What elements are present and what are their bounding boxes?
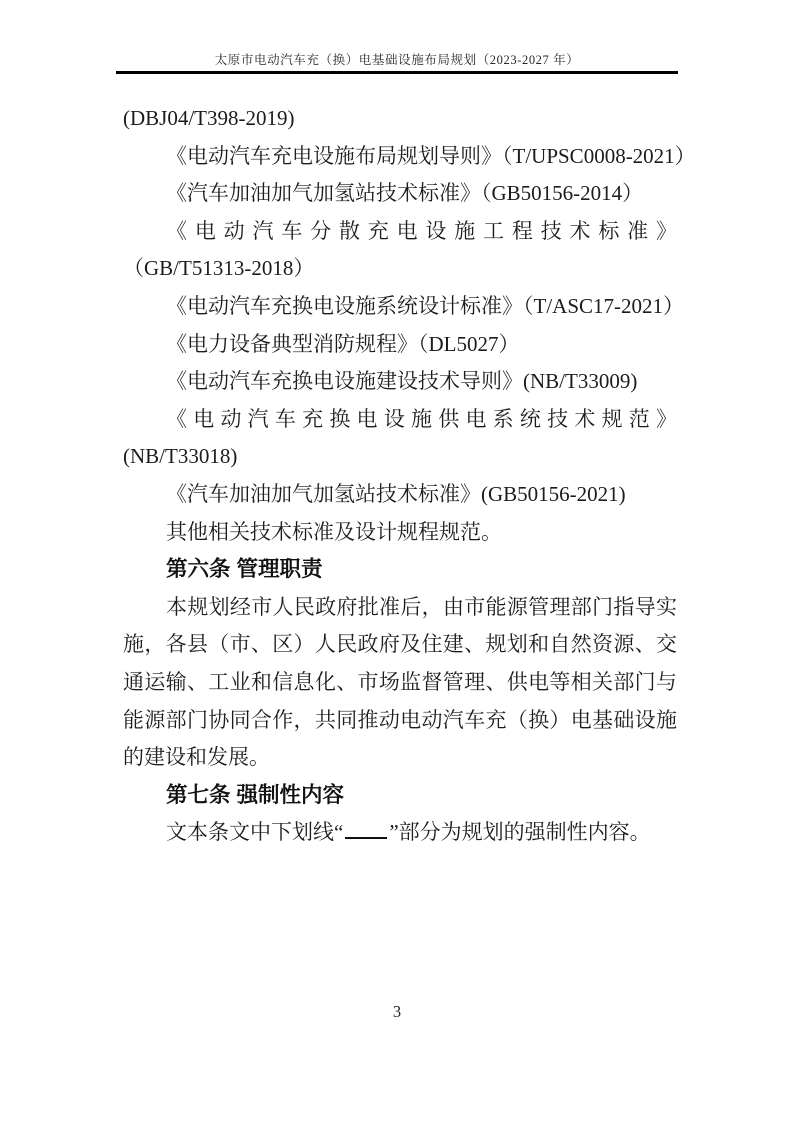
standard-reference-line: 《电动汽车充电设施布局规划导则》（T/UPSC0008-2021） [123, 138, 677, 176]
standard-reference-line: (NB/T33018) [123, 438, 677, 476]
paragraph-line: 通运输、工业和信息化、市场监督管理、供电等相关部门与 [123, 664, 677, 702]
standard-reference-line: 《电动汽车充换电设施供电系统技术规范》 [123, 401, 677, 439]
article-7-heading: 第七条 强制性内容 [123, 777, 677, 815]
mandatory-content-line: 文本条文中下划线“”部分为规划的强制性内容。 [123, 814, 677, 852]
underline-blank [345, 835, 387, 839]
paragraph-line: 本规划经市人民政府批准后，由市能源管理部门指导实 [123, 589, 677, 627]
standard-reference-line: 《汽车加油加气加氢站技术标准》(GB50156-2021) [123, 476, 677, 514]
mandatory-line-prefix: 文本条文中下划线“ [166, 820, 343, 844]
mandatory-line-suffix: ”部分为规划的强制性内容。 [389, 820, 650, 844]
standard-reference-line: 《汽车加油加气加氢站技术标准》（GB50156-2014） [123, 175, 677, 213]
standard-reference-line: (DBJ04/T398-2019) [123, 100, 677, 138]
header-rule [116, 71, 678, 74]
other-standards-line: 其他相关技术标准及设计规程规范。 [123, 514, 677, 552]
paragraph-line: 的建设和发展。 [123, 739, 677, 777]
paragraph-line: 能源部门协同合作，共同推动电动汽车充（换）电基础设施 [123, 702, 677, 740]
standard-reference-line: 《电力设备典型消防规程》（DL5027） [123, 326, 677, 364]
page-number: 3 [0, 1002, 794, 1022]
standard-reference-line: （GB/T51313-2018） [123, 250, 677, 288]
page-header-title: 太原市电动汽车充（换）电基础设施布局规划（2023-2027 年） [117, 50, 677, 68]
document-body: (DBJ04/T398-2019) 《电动汽车充电设施布局规划导则》（T/UPS… [123, 100, 677, 852]
document-page: 太原市电动汽车充（换）电基础设施布局规划（2023-2027 年） (DBJ04… [0, 0, 794, 1123]
standard-reference-line: 《电动汽车充换电设施建设技术导则》(NB/T33009) [123, 363, 677, 401]
standard-reference-line: 《电动汽车充换电设施系统设计标准》（T/ASC17-2021） [123, 288, 677, 326]
article-6-heading: 第六条 管理职责 [123, 551, 677, 589]
standard-reference-line: 《电动汽车分散充电设施工程技术标准》 [123, 213, 677, 251]
paragraph-line: 施，各县（市、区）人民政府及住建、规划和自然资源、交 [123, 626, 677, 664]
